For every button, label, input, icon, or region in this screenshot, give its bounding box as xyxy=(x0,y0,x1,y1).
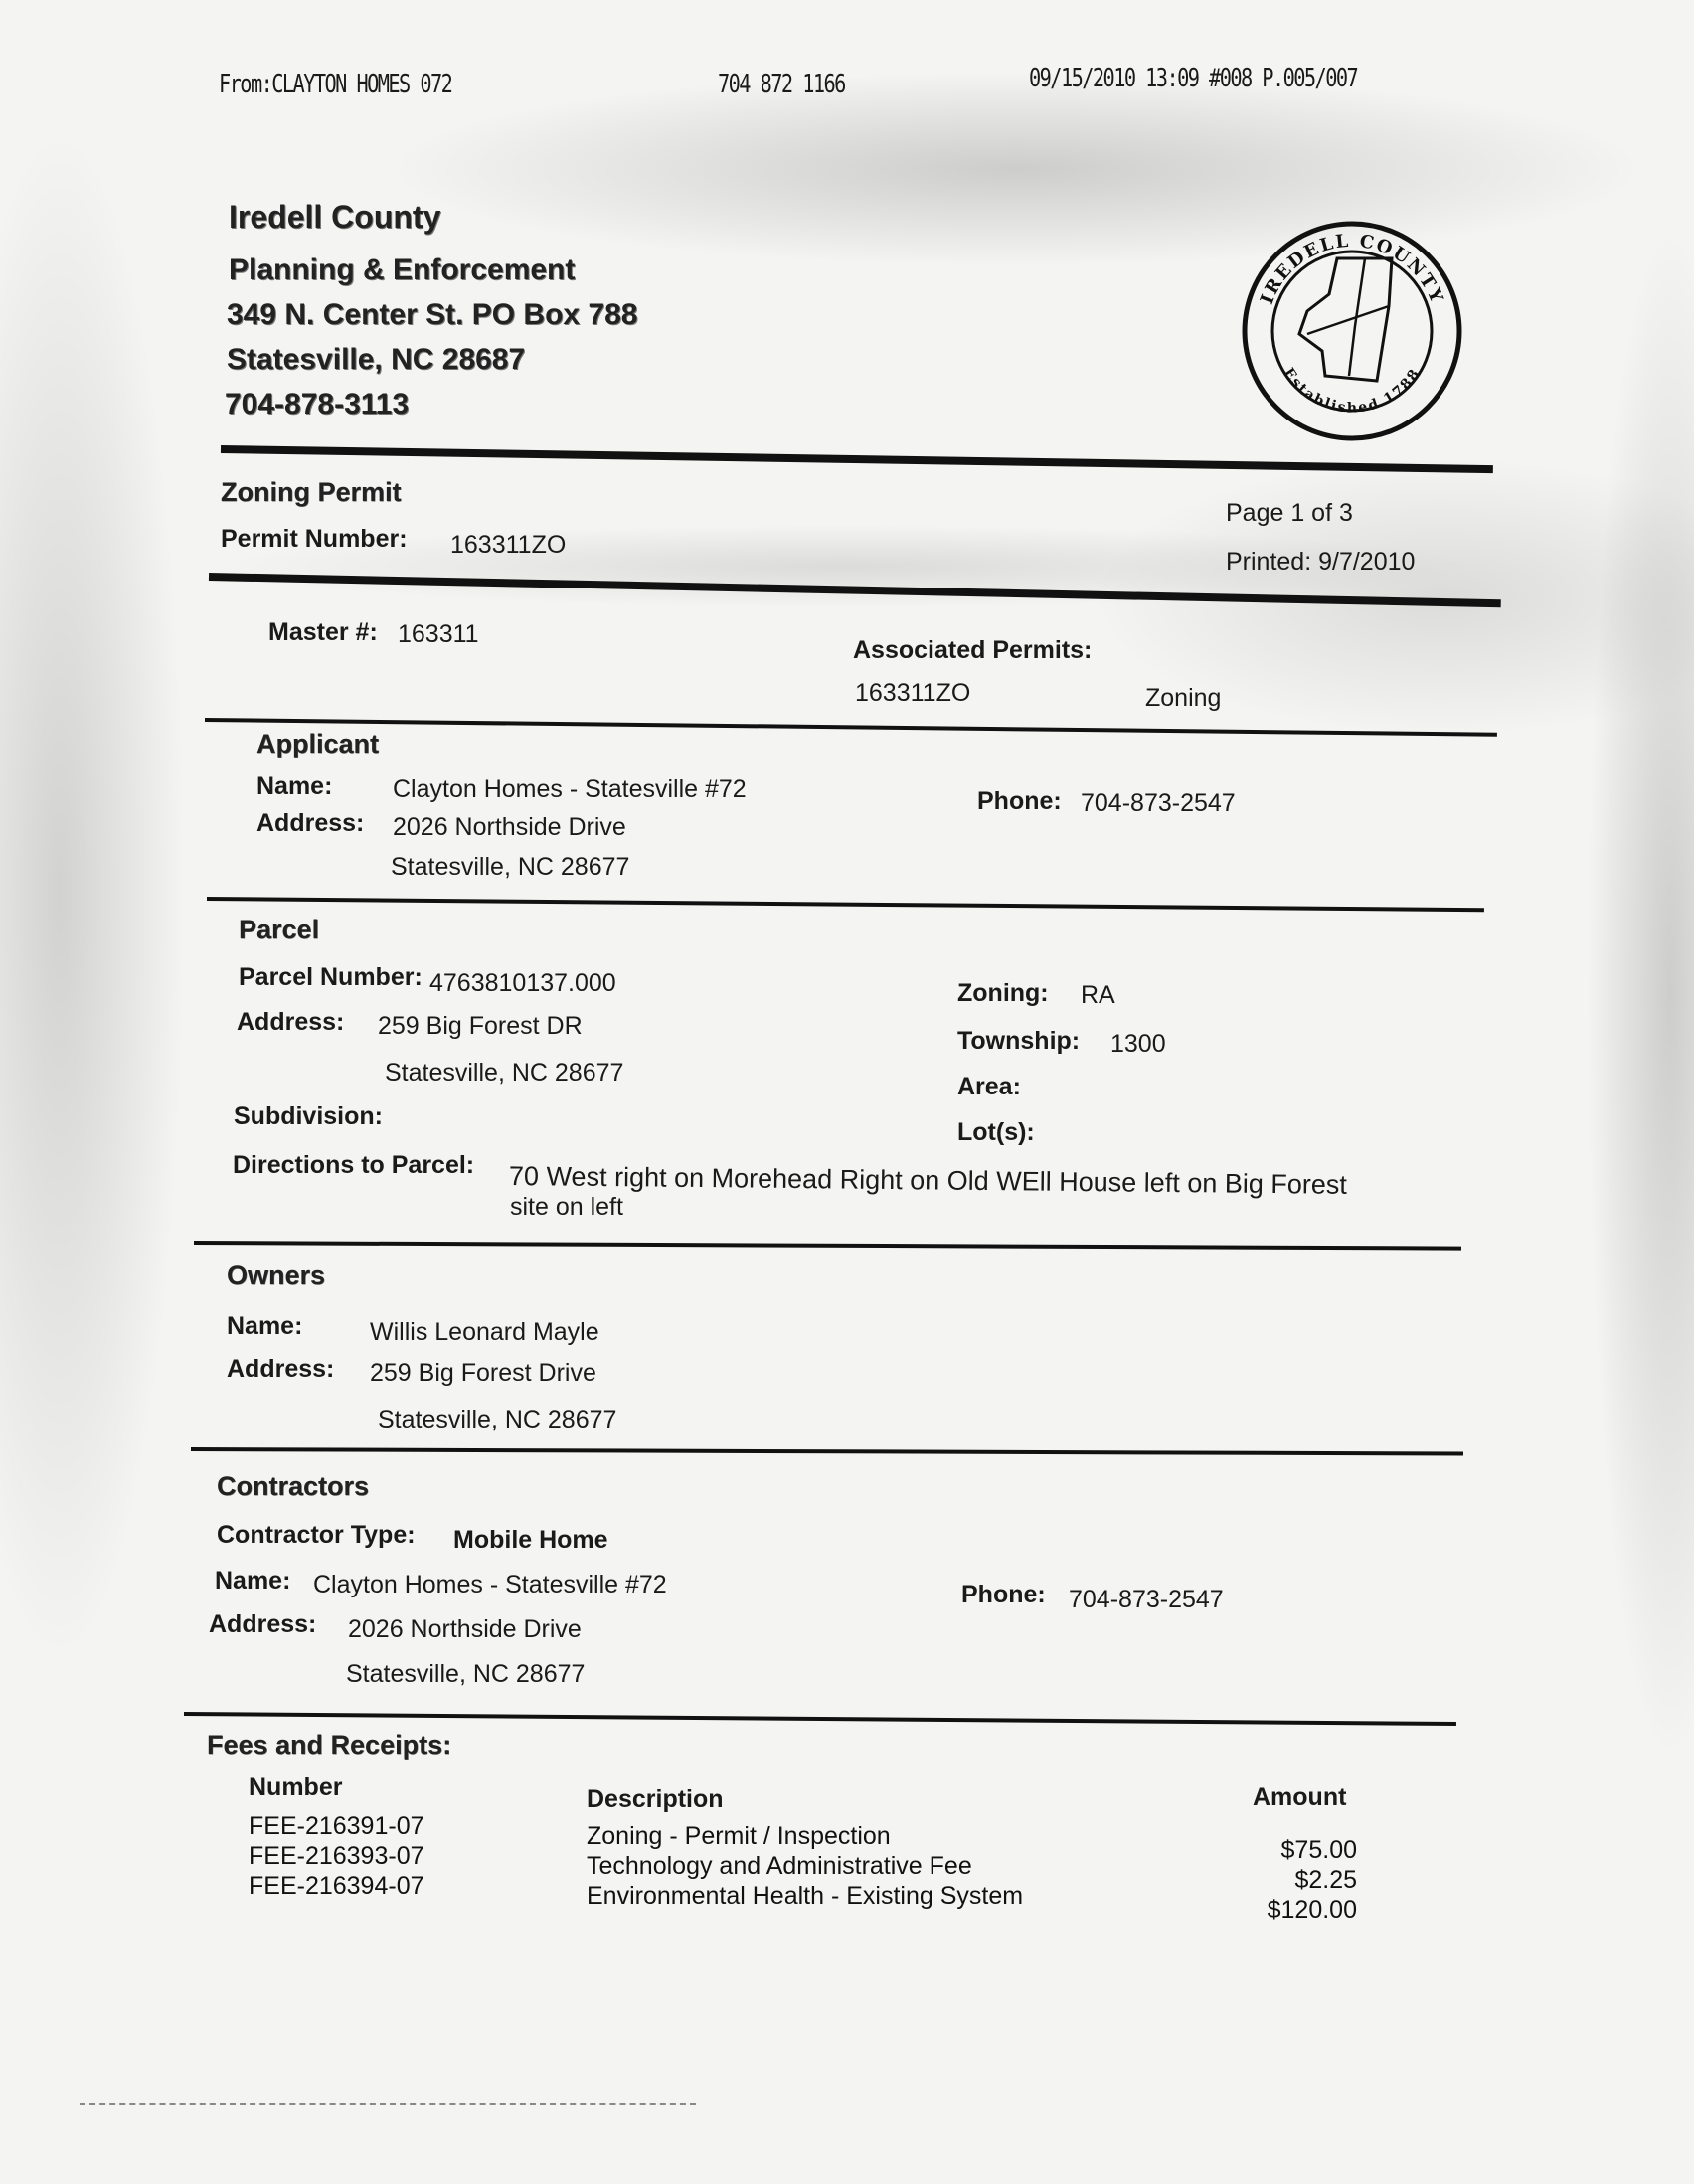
fees-amounts: $75.00 $2.25 $120.00 xyxy=(1243,1835,1357,1925)
agency-department: Planning & Enforcement xyxy=(229,253,575,287)
applicant-address-label: Address: xyxy=(256,809,364,838)
area-label: Area: xyxy=(957,1073,1021,1101)
parcel-number: 4763810137.000 xyxy=(429,969,616,998)
associated-permit-number: 163311ZO xyxy=(855,679,970,708)
owner-name: Willis Leonard Mayle xyxy=(370,1318,599,1347)
township-value: 1300 xyxy=(1110,1030,1166,1059)
contractor-address-label: Address: xyxy=(209,1610,316,1639)
directions-line1: 70 West right on Morehead Right on Old W… xyxy=(509,1161,1347,1201)
fees-descriptions: Zoning - Permit / Inspection Technology … xyxy=(587,1821,1023,1911)
applicant-phone: 704-873-2547 xyxy=(1081,789,1236,818)
owner-address-line1: 259 Big Forest Drive xyxy=(370,1359,596,1388)
applicant-heading: Applicant xyxy=(256,729,379,759)
parcel-address-line1: 259 Big Forest DR xyxy=(378,1012,583,1041)
page-indicator: Page 1 of 3 xyxy=(1226,499,1353,528)
associated-permits-label: Associated Permits: xyxy=(853,636,1092,665)
permit-number: 163311ZO xyxy=(450,531,566,560)
applicant-address-line2: Statesville, NC 28677 xyxy=(391,853,629,882)
subdivision-label: Subdivision: xyxy=(234,1102,383,1131)
contractor-address-line1: 2026 Northside Drive xyxy=(348,1615,582,1644)
directions-label: Directions to Parcel: xyxy=(233,1151,474,1180)
divider xyxy=(209,573,1501,607)
divider xyxy=(205,718,1497,737)
divider xyxy=(184,1712,1456,1726)
contractor-name: Clayton Homes - Statesville #72 xyxy=(313,1571,667,1599)
applicant-phone-label: Phone: xyxy=(977,787,1062,816)
fee-number: FEE-216394-07 xyxy=(249,1871,424,1901)
contractor-phone-label: Phone: xyxy=(961,1581,1046,1609)
applicant-address-line1: 2026 Northside Drive xyxy=(393,813,626,842)
divider xyxy=(207,897,1484,912)
fees-heading: Fees and Receipts: xyxy=(207,1730,451,1761)
owner-address-label: Address: xyxy=(227,1355,334,1384)
zoning-label: Zoning: xyxy=(957,979,1049,1008)
applicant-name: Clayton Homes - Statesville #72 xyxy=(393,775,747,804)
svg-text:IREDELL COUNTY: IREDELL COUNTY xyxy=(1257,231,1447,307)
contractor-type-label: Contractor Type: xyxy=(217,1521,416,1550)
agency-street: 349 N. Center St. PO Box 788 xyxy=(227,298,638,332)
fee-number: FEE-216391-07 xyxy=(249,1811,424,1841)
zoning-value: RA xyxy=(1081,981,1115,1010)
contractor-type: Mobile Home xyxy=(453,1526,608,1555)
agency-name: Iredell County xyxy=(229,199,440,236)
parcel-number-label: Parcel Number: xyxy=(239,963,423,992)
fee-description: Technology and Administrative Fee xyxy=(587,1851,1023,1881)
master-label: Master #: xyxy=(268,618,378,647)
divider xyxy=(194,1241,1461,1251)
permit-type: Zoning Permit xyxy=(221,477,402,508)
fee-amount: $2.25 xyxy=(1243,1865,1357,1895)
svg-text:Established 1788: Established 1788 xyxy=(1280,365,1424,416)
permit-number-label: Permit Number: xyxy=(221,525,408,554)
applicant-name-label: Name: xyxy=(256,772,332,801)
divider xyxy=(221,445,1493,473)
directions-line2: site on left xyxy=(510,1193,623,1222)
fax-stamp: 09/15/2010 13:09 #008 P.005/007 xyxy=(1029,64,1357,93)
fee-description: Environmental Health - Existing System xyxy=(587,1881,1023,1911)
printed-date: Printed: 9/7/2010 xyxy=(1226,548,1415,577)
parcel-address-line2: Statesville, NC 28677 xyxy=(385,1059,623,1088)
parcel-heading: Parcel xyxy=(239,915,319,945)
associated-permit-type: Zoning xyxy=(1145,684,1221,713)
fees-column-description: Description xyxy=(587,1785,724,1814)
contractor-address-line2: Statesville, NC 28677 xyxy=(346,1660,585,1689)
fee-number: FEE-216393-07 xyxy=(249,1841,424,1871)
fees-column-amount: Amount xyxy=(1253,1783,1346,1812)
owners-heading: Owners xyxy=(227,1260,325,1291)
scan-artifact xyxy=(80,2103,696,2107)
fees-numbers: FEE-216391-07 FEE-216393-07 FEE-216394-0… xyxy=(249,1811,424,1901)
parcel-address-label: Address: xyxy=(237,1008,344,1037)
contractor-name-label: Name: xyxy=(215,1567,290,1596)
fax-phone: 704 872 1166 xyxy=(718,70,845,99)
fee-amount: $75.00 xyxy=(1243,1835,1357,1865)
fees-column-number: Number xyxy=(249,1773,342,1802)
fax-from: From:CLAYTON HOMES 072 xyxy=(219,70,451,99)
township-label: Township: xyxy=(957,1027,1080,1056)
divider xyxy=(191,1447,1463,1455)
fee-description: Zoning - Permit / Inspection xyxy=(587,1821,1023,1851)
owner-address-line2: Statesville, NC 28677 xyxy=(378,1406,616,1434)
master-number: 163311 xyxy=(398,620,479,649)
contractors-heading: Contractors xyxy=(217,1471,369,1502)
agency-phone: 704-878-3113 xyxy=(225,388,409,421)
county-seal-icon: IREDELL COUNTY Established 1788 xyxy=(1238,217,1466,445)
lots-label: Lot(s): xyxy=(957,1118,1035,1147)
agency-city: Statesville, NC 28687 xyxy=(227,343,525,377)
fee-amount: $120.00 xyxy=(1243,1895,1357,1925)
owner-name-label: Name: xyxy=(227,1312,302,1341)
contractor-phone: 704-873-2547 xyxy=(1069,1586,1224,1614)
